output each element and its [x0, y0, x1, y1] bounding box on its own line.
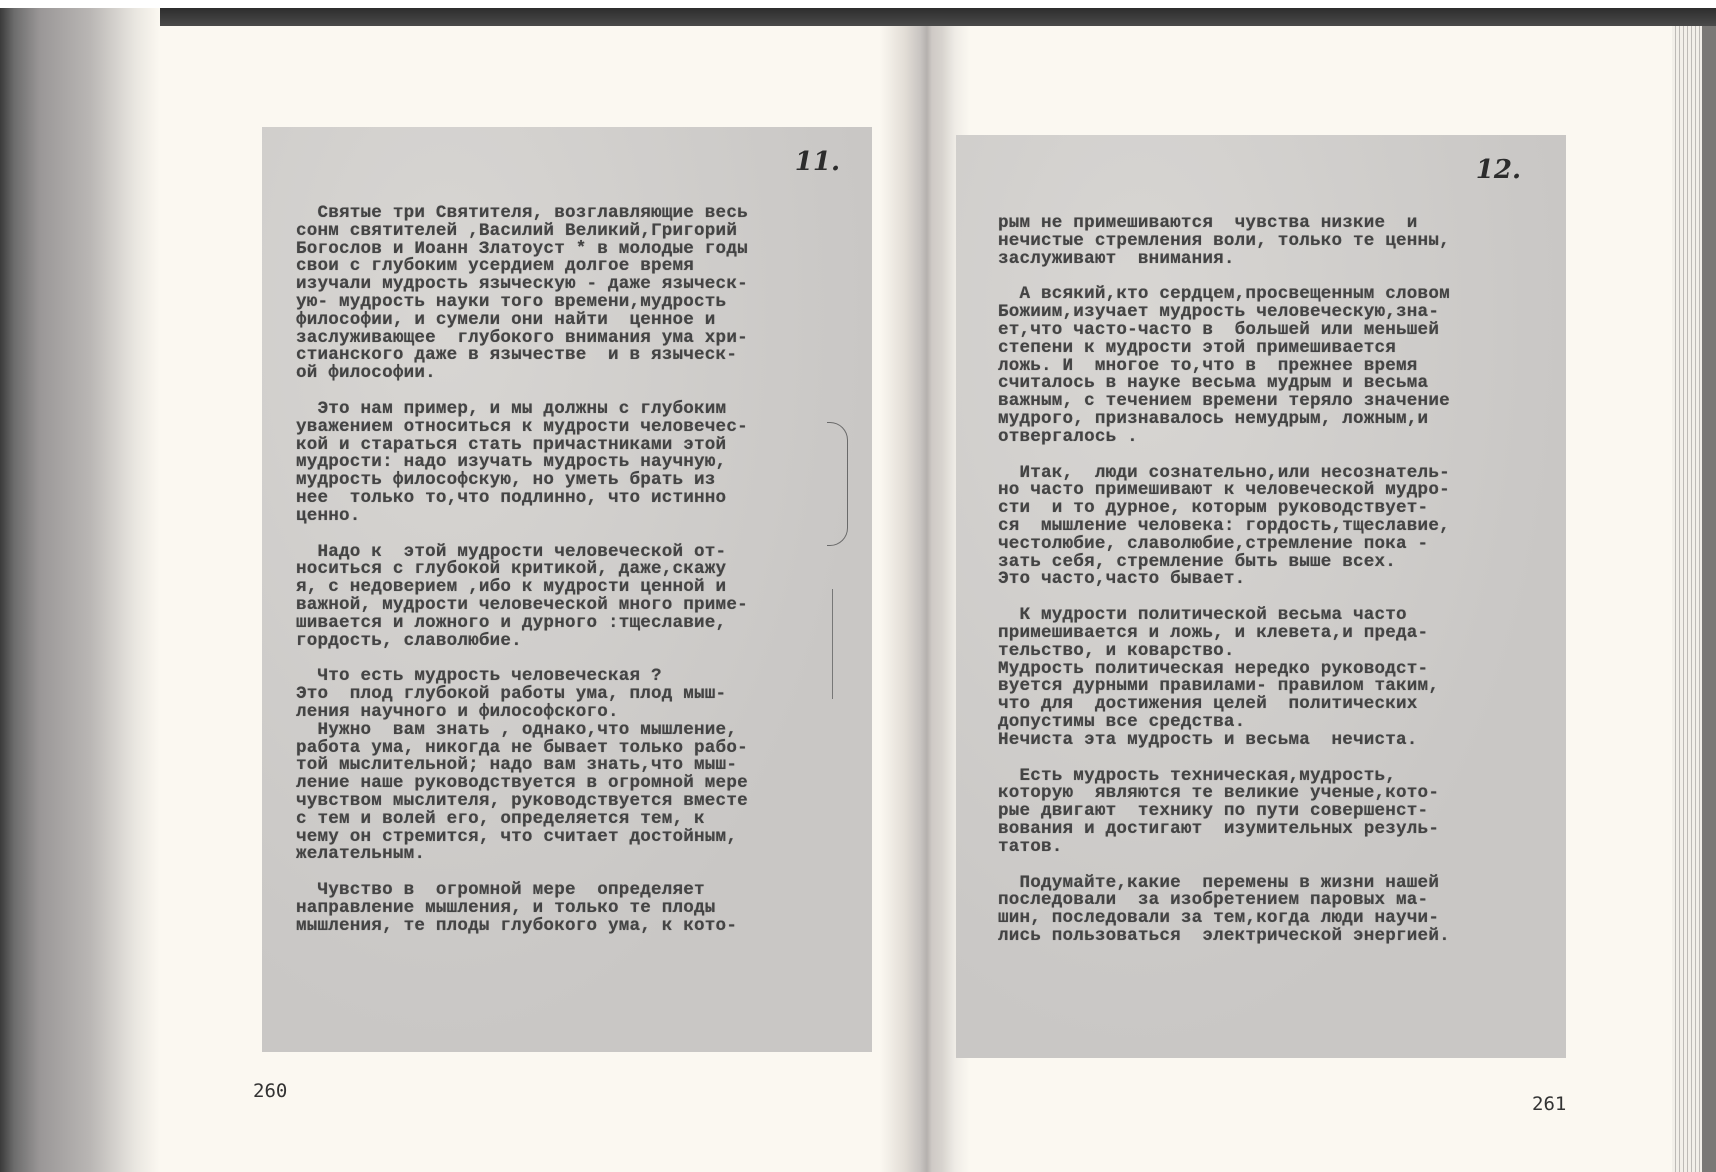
paragraph: А всякий,кто сердцем,просвещенным словом…: [998, 286, 1556, 446]
text-line: с тем и волей его, определяется тем, к: [296, 811, 852, 829]
paragraph: Это нам пример, и мы должны с глубокимув…: [296, 401, 852, 526]
text-line: шивается и ложного и дурного :тщеславие,: [296, 615, 852, 633]
paragraph: К мудрости политической весьма частоприм…: [998, 607, 1556, 749]
paragraph: рым не примешиваются чувства низкие инеч…: [998, 215, 1556, 268]
typescript-facsimile-right: 12. рым не примешиваются чувства низкие …: [956, 135, 1566, 1058]
text-line: гордость, славолюбие.: [296, 633, 852, 651]
paragraph: Итак, люди сознательно,или несознатель-н…: [998, 465, 1556, 590]
text-line: отвергалось .: [998, 429, 1556, 447]
book-left-edge-shadow: [0, 8, 160, 1172]
scanner-right-shadow: [1702, 26, 1716, 1172]
text-line: философии, и сумели они найти ценное и: [296, 312, 852, 330]
paragraph: Святые три Святителя, возглавляющие весь…: [296, 205, 852, 383]
page-number-right: 261: [1532, 1093, 1566, 1115]
typescript-folio-number: 11.: [795, 147, 840, 177]
scan-top-margin: [0, 0, 1716, 8]
text-line: степени к мудрости этой примешивается: [998, 340, 1556, 358]
text-line: тельство, и коварство.: [998, 643, 1556, 661]
paragraph: Чувство в огромной мере определяетнаправ…: [296, 882, 852, 935]
text-line: желательным.: [296, 846, 852, 864]
text-line: татов.: [998, 839, 1556, 857]
text-line: нечистые стремления воли, только те ценн…: [998, 233, 1556, 251]
paragraph: Есть мудрость техническая,мудрость,котор…: [998, 768, 1556, 857]
text-line: Нечиста эта мудрость и весьма нечиста.: [998, 732, 1556, 750]
scanner-top-shadow: [0, 8, 1716, 26]
page-number-left: 260: [253, 1080, 287, 1102]
paragraph: Что есть мудрость человеческая ?Это плод…: [296, 668, 852, 864]
text-line: сонм святителей ,Василий Великий,Григори…: [296, 223, 852, 241]
typescript-text: Святые три Святителя, возглавляющие весь…: [296, 205, 852, 935]
paragraph: Подумайте,какие перемены в жизни нашейпо…: [998, 875, 1556, 946]
text-line: лись пользоваться электрической энергией…: [998, 928, 1556, 946]
text-line: честолюбие, славолюбие,стремление пока -: [998, 536, 1556, 554]
text-line: мышления, те плоды глубокого ума, к кото…: [296, 918, 852, 936]
typescript-folio-number: 12.: [1476, 155, 1521, 185]
text-line: заслуживают внимания.: [998, 251, 1556, 269]
text-line: Это часто,часто бывает.: [998, 571, 1556, 589]
typescript-text: рым не примешиваются чувства низкие инеч…: [998, 215, 1556, 946]
typescript-facsimile-left: 11. Святые три Святителя, возглавляющие …: [262, 127, 872, 1052]
text-line: ой философии.: [296, 365, 852, 383]
text-line: уважением относиться к мудрости человече…: [296, 419, 852, 437]
margin-line-mark: [832, 589, 833, 699]
paragraph: Надо к этой мудрости человеческой от-нос…: [296, 544, 852, 651]
text-line: вования и достигают изумительных резуль-: [998, 821, 1556, 839]
margin-bracket-mark: [827, 422, 848, 546]
page-edges: [1672, 26, 1702, 1172]
text-line: нее только то,что подлинно, что истинно: [296, 490, 852, 508]
text-line: Нужно вам знать , однако,что мышление,: [296, 722, 852, 740]
text-line: ценно.: [296, 508, 852, 526]
